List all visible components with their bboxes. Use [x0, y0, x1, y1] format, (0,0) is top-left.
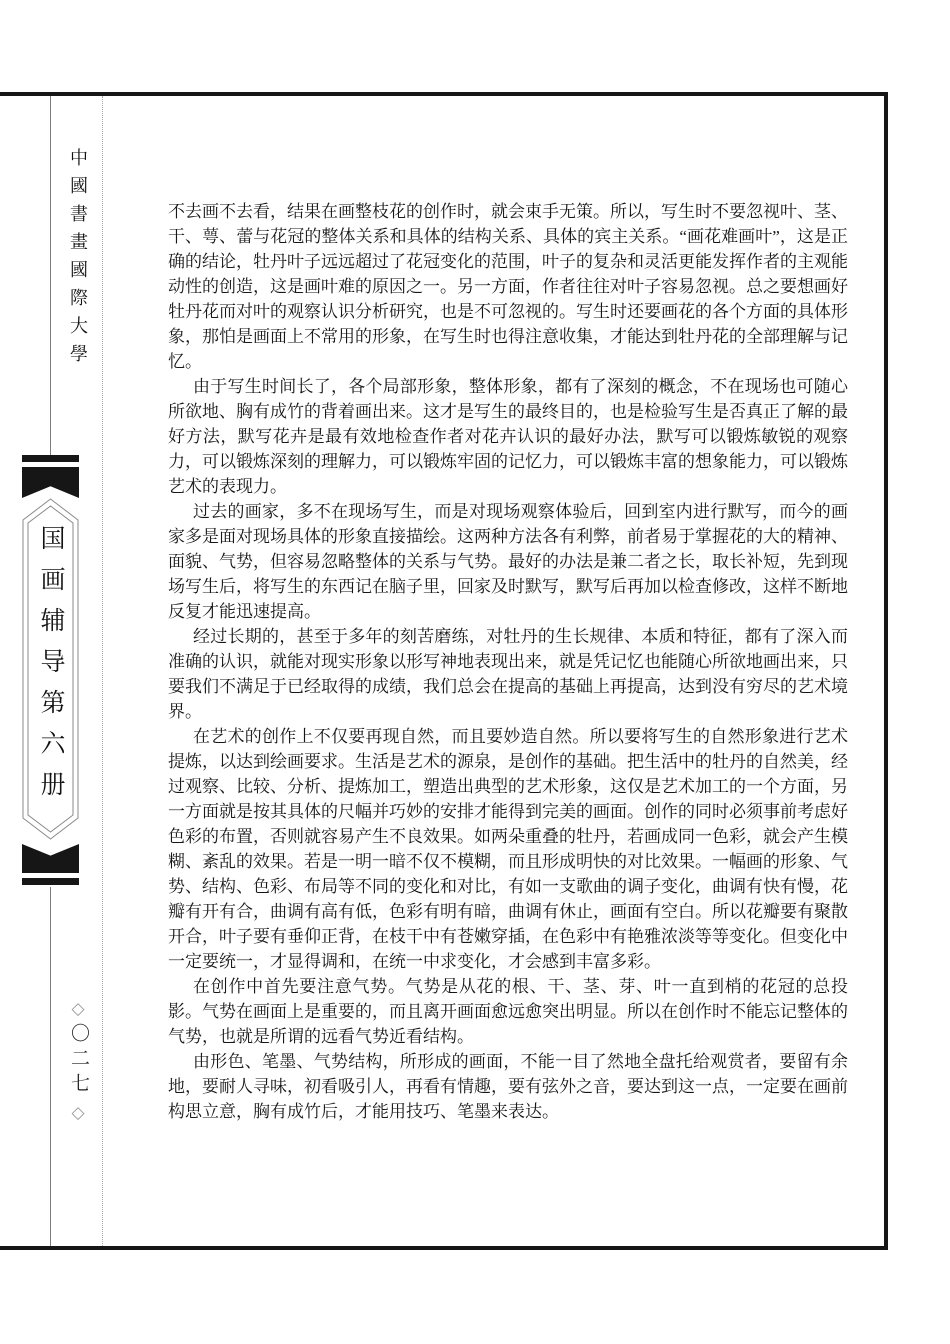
paragraph: 在艺术的创作上不仅要再现自然，而且要妙造自然。所以要将写生的自然形象进行艺术提炼… [168, 724, 848, 974]
sidebar-dotted-rule [102, 96, 103, 1246]
volume-title: 国画辅导第六册 [37, 525, 64, 812]
paragraph: 经过长期的，甚至于多年的刻苦磨练，对牡丹的生长规律、本质和特征，都有了深入而准确… [168, 624, 848, 724]
book-page: 中國書畫國際大學 国画辅导第六册 ◇ 〇二七 ◇ 不去画不去看，结果在画整枝花的… [0, 0, 950, 1344]
paragraph: 在创作中首先要注意气势。气势是从花的根、干、茎、芽、叶一直到梢的花冠的总投影。气… [168, 974, 848, 1049]
banner-top-bar [22, 455, 79, 462]
volume-banner: 国画辅导第六册 [22, 455, 79, 885]
paragraph: 过去的画家，多不在现场写生，而是对现场观察体验后，回到室内进行默写，而今的画家多… [168, 499, 848, 624]
paragraph: 不去画不去看，结果在画整枝花的创作时，就会束手无策。所以，写生时不要忽视叶、茎、… [168, 199, 848, 374]
body-text: 不去画不去看，结果在画整枝花的创作时，就会束手无策。所以，写生时不要忽视叶、茎、… [168, 199, 848, 1124]
diamond-ornament-icon: ◇ [71, 1000, 84, 1017]
sidebar-rule-upper [50, 96, 51, 455]
banner-bottom-bar [22, 878, 79, 885]
page-number: 〇二七 [67, 1023, 89, 1098]
banner-bottom-pennant [22, 844, 79, 873]
page-number-block: ◇ 〇二七 ◇ [58, 1000, 98, 1121]
paragraph: 由形色、笔墨、气势结构，所形成的画面，不能一目了然地全盘托给观赏者，要留有余地，… [168, 1049, 848, 1124]
banner-top-pennant [22, 467, 79, 498]
sidebar-rule-lower [50, 887, 51, 1246]
diamond-ornament-icon: ◇ [71, 1104, 84, 1121]
paragraph: 由于写生时间长了，各个局部形象，整体形象，都有了深刻的概念，不在现场也可随心所欲… [168, 374, 848, 499]
university-title: 中國書畫國際大學 [67, 148, 89, 372]
